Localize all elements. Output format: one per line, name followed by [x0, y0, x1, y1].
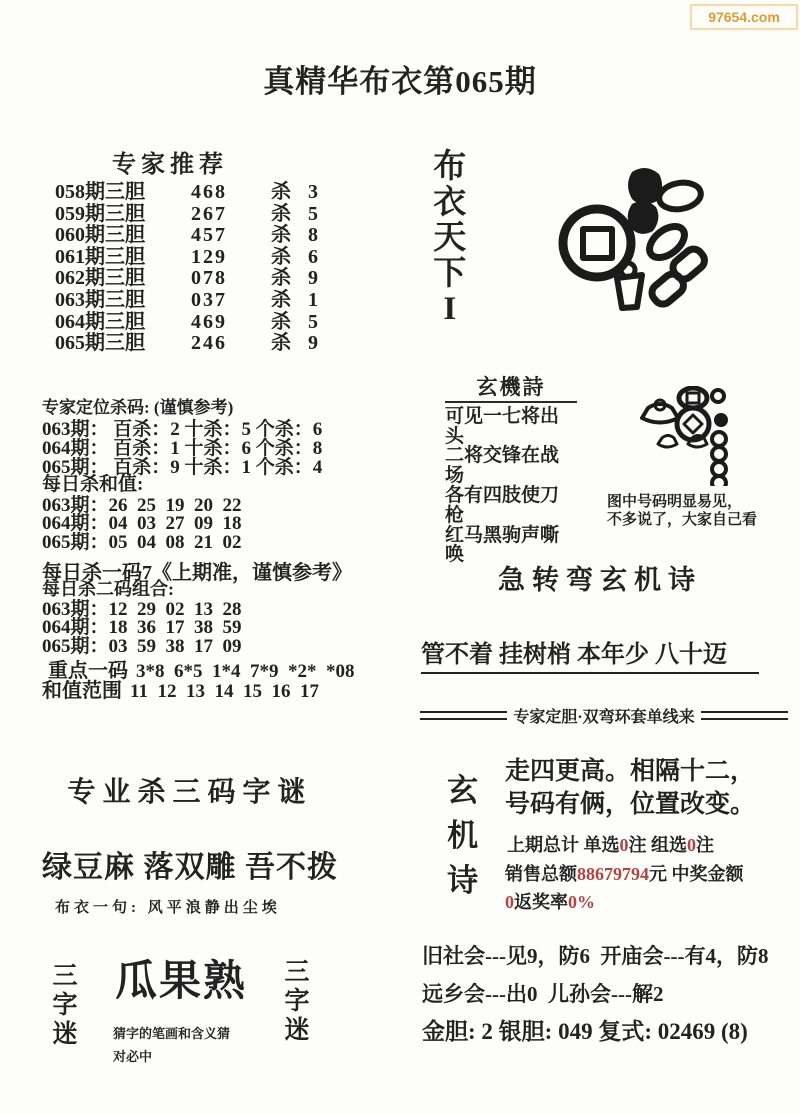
expert-period: 058期三胆 — [55, 182, 183, 204]
three-char-riddle-label-left: 三字迷 — [50, 962, 80, 1049]
expert-kill: 杀 6 — [271, 247, 324, 269]
expert-period: 061期三胆 — [55, 247, 183, 269]
expert-period: 060期三胆 — [55, 225, 183, 247]
expert-period: 064期三胆 — [55, 312, 183, 334]
xuanji2-line1: 走四更高。相隔十二， — [505, 755, 755, 788]
expert-number: 246 — [191, 333, 249, 355]
expert-number: 469 — [191, 312, 249, 334]
return-rate-line: 0返奖率0% — [505, 888, 595, 914]
three-char-riddle-label-right: 三字迷 — [282, 958, 312, 1045]
xuanji-vertical-label: 玄机诗 — [444, 768, 481, 903]
expert-row: 063期三胆 037 杀 1 — [55, 290, 324, 312]
sharp-turn-poem-title: 急转弯玄机诗 — [420, 558, 780, 597]
website-badge[interactable]: 97654.com — [690, 4, 798, 30]
illustration-caption-line1: 图中号码明显易见， — [607, 493, 757, 511]
stats-red-value: 0 — [505, 892, 514, 912]
buyi-sentence: 布衣一句: 风平浪静出尘埃 — [55, 896, 281, 917]
xuanji-poem-box: 玄機詩 可见一七将出头 二将交锋在战场 各有四肢使刀枪 红马黑驹声嘶唤 — [445, 378, 577, 565]
expert-row: 059期三胆 267 杀 5 — [55, 204, 324, 226]
stats-text: 返奖率 — [514, 892, 568, 912]
last-period-stats-line: 上期总计 单选0注 组选0注 — [507, 831, 714, 857]
expert-number: 267 — [191, 204, 249, 226]
xuanji-poem-line: 可见一七将出头 — [445, 407, 577, 447]
sum-range-value: 11 12 13 14 15 16 17 — [130, 681, 319, 702]
stats-text: 销售总额 — [505, 864, 577, 884]
stats-red-value: 0 — [687, 835, 696, 855]
three-char-riddle-answer: 瓜果熟 — [115, 948, 247, 1008]
illustration-caption: 图中号码明显易见， 不多说了，大家自己看 — [607, 493, 757, 529]
buyi-tianxia-vertical-title: 布衣天下I — [430, 150, 470, 328]
coins-ingots-ink-illustration — [636, 386, 736, 491]
society-hints-block: 旧社会---见9，防6 开庙会---有4，防8 远乡会---出0 儿孙会---解… — [422, 937, 768, 1051]
stats-red-value: 0 — [620, 835, 629, 855]
expert-row: 058期三胆 468 杀 3 — [55, 182, 324, 204]
three-char-riddle-note: 猜字的笔画和含义猜 对必中 — [113, 1022, 230, 1068]
lottery-sheet-page: 97654.com 真精华布衣第065期 专家推荐 058期三胆 468 杀 3… — [0, 0, 800, 1114]
xuanji2-poem: 走四更高。相隔十二， 号码有俩，位置改变。 — [505, 755, 755, 821]
position-kill-row: 064期： 百杀：1 十杀：6 个杀：8 — [42, 439, 322, 458]
expert-period: 065期三胆 — [55, 333, 183, 355]
expert-row: 065期三胆 246 杀 9 — [55, 333, 324, 355]
riddle-note-line1: 猜字的笔画和含义猜 — [113, 1022, 230, 1045]
riddle-note-line2: 对必中 — [113, 1045, 230, 1068]
stats-text: 注 — [696, 835, 714, 855]
society-hint-line2: 远乡会---出0 儿孙会---解2 — [422, 975, 768, 1013]
three-code-riddle-line: 绿豆麻 落双雕 吾不拨 — [42, 842, 362, 886]
stats-red-value: 88679794 — [577, 864, 649, 884]
expert-kill: 杀 5 — [271, 312, 324, 334]
daily-kill-two-row: 064期：18 36 17 38 59 — [42, 619, 242, 638]
daily-kill-two-header: 每日杀二码组合: — [42, 580, 242, 599]
divider-text: 专家定胆·双弯环套单线来 — [513, 704, 694, 727]
position-kill-section: 专家定位杀码: (谨慎参考) 063期： 百杀：2 十杀：5 个杀：6 064期… — [42, 398, 322, 477]
xuanji-poem-line: 二将交锋在战场 — [445, 446, 577, 486]
expert-number: 457 — [191, 225, 249, 247]
sum-range-label: 和值范围 — [42, 680, 122, 702]
expert-kill: 杀 1 — [271, 290, 324, 312]
expert-number: 078 — [191, 268, 249, 290]
stats-text: 注 组选 — [629, 835, 688, 855]
stats-text: 元 中奖金额 — [649, 864, 744, 884]
expert-kill: 杀 3 — [271, 182, 324, 204]
xuanji2-line2: 号码有俩，位置改变。 — [505, 788, 755, 821]
three-code-riddle-title: 专业杀三码字谜 — [40, 770, 340, 810]
expert-number: 037 — [191, 290, 249, 312]
expert-kill: 杀 9 — [271, 333, 324, 355]
expert-row: 061期三胆 129 杀 6 — [55, 247, 324, 269]
daily-kill-sum-row: 064期：04 03 27 09 18 — [42, 515, 242, 534]
page-title: 真精华布衣第065期 — [0, 56, 800, 101]
expert-kill: 杀 8 — [271, 225, 324, 247]
daily-kill-sum-row: 065期：05 04 08 21 02 — [42, 534, 242, 553]
stats-text: 上期总计 单选 — [507, 835, 620, 855]
divider-line-right — [701, 711, 788, 720]
expert-period: 063期三胆 — [55, 290, 183, 312]
expert-dan-divider: 专家定胆·双弯环套单线来 — [420, 704, 788, 727]
expert-row: 062期三胆 078 杀 9 — [55, 268, 324, 290]
divider-line-left — [420, 711, 507, 720]
xuanji-poem-header: 玄機詩 — [445, 378, 577, 403]
expert-number: 129 — [191, 247, 249, 269]
coin-cup-glasses-ink-illustration — [540, 150, 740, 355]
illustration-caption-line2: 不多说了，大家自己看 — [607, 511, 757, 529]
sharp-turn-poem-line: 管不着 挂树梢 本年少 八十迈 — [421, 634, 759, 674]
sum-range-line: 和值范围11 12 13 14 15 16 17 — [42, 674, 319, 703]
position-kill-header: 专家定位杀码: (谨慎参考) — [42, 398, 322, 417]
expert-period: 059期三胆 — [55, 204, 183, 226]
expert-recommend-header: 专家推荐 — [40, 144, 300, 179]
expert-row: 060期三胆 457 杀 8 — [55, 225, 324, 247]
expert-kill: 杀 5 — [271, 204, 324, 226]
daily-kill-two-section: 每日杀二码组合: 063期：12 29 02 13 28 064期：18 36 … — [42, 580, 242, 656]
stats-red-value: 0% — [568, 892, 595, 912]
expert-row: 064期三胆 469 杀 5 — [55, 312, 324, 334]
expert-number: 468 — [191, 182, 249, 204]
daily-kill-sum-header: 每日杀和值: — [42, 476, 242, 495]
expert-period: 062期三胆 — [55, 268, 183, 290]
society-hint-line1: 旧社会---见9，防6 开庙会---有4，防8 — [422, 937, 768, 975]
position-kill-row: 063期： 百杀：2 十杀：5 个杀：6 — [42, 420, 322, 439]
sales-total-line: 销售总额88679794元 中奖金额 — [505, 860, 744, 886]
expert-kill: 杀 9 — [271, 268, 324, 290]
xuanji-poem-line: 各有四肢使刀枪 — [445, 486, 577, 526]
gold-silver-dan-line: 金胆: 2 银胆: 049 复式: 02469 (8) — [422, 1013, 768, 1051]
expert-recommend-list: 058期三胆 468 杀 3 059期三胆 267 杀 5 060期三胆 457… — [55, 182, 324, 355]
daily-kill-sum-section: 每日杀和值: 063期：26 25 19 20 22 064期：04 03 27… — [42, 476, 242, 552]
